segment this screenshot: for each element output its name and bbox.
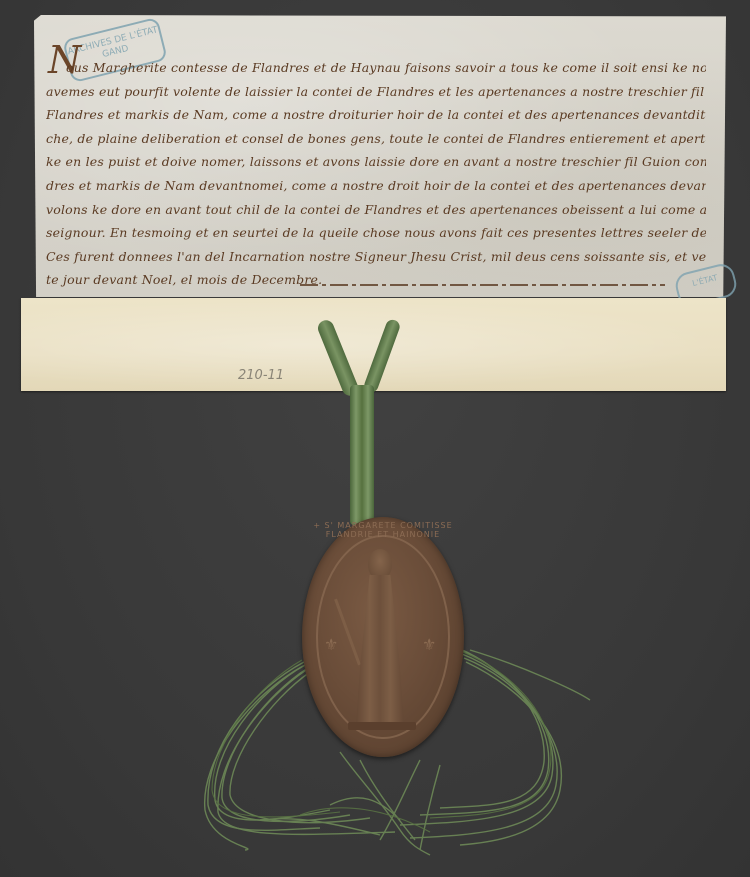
fleur-de-lis-icon: ⚜ (422, 635, 436, 654)
seal-legend: + S' MARGARETE COMITISSE FLANDRIE ET HAI… (302, 521, 464, 539)
seal-figure-base (348, 722, 416, 730)
seal-figure-head (368, 549, 392, 579)
fleur-de-lis-icon: ⚜ (324, 635, 338, 654)
wax-seal: + S' MARGARETE COMITISSE FLANDRIE ET HAI… (302, 517, 464, 757)
